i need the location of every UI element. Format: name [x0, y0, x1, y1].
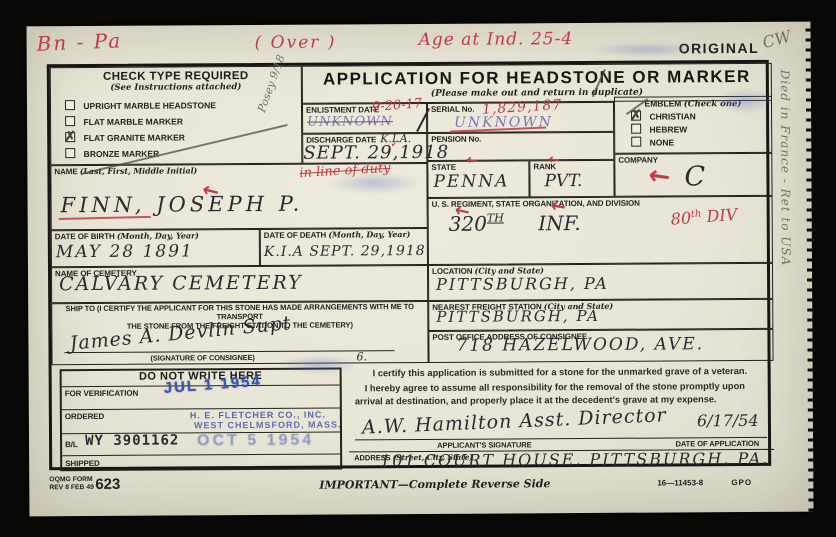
field-label: PENSION No.: [428, 133, 613, 145]
red-check: ✓: [390, 137, 399, 150]
margin-note-side: Died in France - Ret to USA: [779, 70, 792, 267]
fletcher-stamp-line2: WEST CHELMSFORD, MASS.: [194, 419, 342, 430]
division-label: DIV: [706, 205, 738, 226]
division-number: 80: [670, 208, 692, 228]
checkbox: [631, 137, 641, 147]
name-value: FINN, JOSEPH P.: [61, 194, 304, 216]
field-label: DATE OF BIRTH: [55, 232, 115, 241]
field-label: DATE OF DEATH: [264, 231, 326, 240]
checkbox: [65, 132, 75, 142]
regiment-ordinal: TH: [487, 211, 504, 224]
option-label: HEBREW: [649, 124, 687, 134]
birth-date-value: MAY 28 1891: [56, 243, 194, 261]
death-date-value: K.I.A SEPT. 29,1918: [264, 244, 426, 259]
footer-important-note: IMPORTANT—Complete Reverse Side: [319, 477, 550, 491]
form-number-line2: REV 8 FEB 49: [49, 484, 94, 492]
bl-date-stamp: OCT 5 1954: [197, 432, 314, 451]
margin-note-top-left: Bn - Pa: [36, 30, 122, 53]
po-address-value: 718 HAZELWOOD, AVE.: [456, 336, 704, 355]
scanned-document: Bn - Pa ( Over ) Age at Ind. 25-4 ORIGIN…: [27, 22, 814, 517]
field-label-paren: (Month, Day, Year): [328, 229, 410, 240]
address-value: 101 COURT HOUSE, PITTSBURGH, PA.: [380, 451, 769, 469]
consignee-suffix: 6.: [357, 351, 368, 362]
option-flat-marble-marker: FLAT MARBLE MARKER: [65, 115, 301, 127]
freight-value: PITTSBURGH, PA: [436, 309, 600, 325]
enlistment-value: 9-20-17: [372, 97, 423, 114]
certification-line2: I hereby agree to assume all responsibil…: [355, 380, 767, 408]
form-number: 623: [95, 476, 120, 493]
checkbox: [65, 100, 75, 110]
bl-number-value: WY 3901162: [85, 433, 179, 448]
margin-note-over: ( Over ): [255, 35, 337, 52]
option-label: NONE: [650, 137, 675, 147]
emblem-heading: EMBLEM: [645, 98, 682, 108]
field-label: NAME: [54, 167, 77, 176]
cemetery-value: CALVARY CEMETERY: [59, 274, 303, 294]
red-arrow: ←: [549, 195, 567, 218]
option-hebrew: HEBREW: [631, 123, 771, 135]
ink-smudge: [715, 88, 775, 114]
certification-line1: I certify this application is submitted …: [363, 366, 767, 378]
footer-gpo: GPO: [731, 478, 752, 487]
option-label: FLAT MARBLE MARKER: [83, 116, 183, 127]
checkbox: [65, 116, 75, 126]
checkbox: [631, 124, 641, 134]
margin-initials: CW: [761, 29, 793, 52]
row-label: B/L: [62, 437, 81, 450]
option-flat-granite-marker: FLAT GRANITE MARKER: [65, 131, 301, 143]
red-arrow: ←: [647, 160, 673, 193]
division-ordinal: th: [690, 208, 701, 220]
company-value: C: [684, 163, 705, 190]
field-label-paren: (Month, Day, Year): [117, 230, 199, 241]
enlistment-unknown-note: UNKNOWN: [307, 115, 393, 129]
option-none: NONE: [631, 136, 771, 148]
pension-no-field: PENSION No.: [427, 132, 614, 161]
check-type-heading: CHECK TYPE REQUIRED: [51, 67, 301, 84]
option-label: FLAT GRANITE MARKER: [84, 132, 185, 143]
checkbox: [631, 111, 641, 121]
location-value: PITTSBURGH, PA: [436, 276, 609, 293]
application-date-value: 6/17/54: [697, 413, 759, 429]
ink-smudge: [587, 42, 707, 57]
option-label: CHRISTIAN: [649, 111, 695, 121]
headstone-application-form: CHECK TYPE REQUIRED (See Instructions at…: [47, 60, 771, 470]
consignee-signature-label: (SIGNATURE OF CONSIGNEE): [148, 353, 258, 364]
margin-note-age: Age at Ind. 25-4: [419, 31, 574, 49]
discharge-date-value: SEPT. 29,1918: [303, 144, 449, 163]
form-number-line1: OQMG FORM: [49, 476, 94, 484]
row-label: SHIPPED: [62, 454, 340, 469]
option-label: UPRIGHT MARBLE HEADSTONE: [83, 100, 216, 111]
checkbox: [65, 148, 75, 158]
shipped-row: SHIPPED: [62, 453, 340, 473]
form-title: APPLICATION FOR HEADSTONE OR MARKER: [303, 64, 771, 90]
rank-value: PVT.: [544, 173, 582, 190]
footer-print-code: 16—11453-8: [657, 478, 703, 487]
ink-smudge: [279, 354, 359, 374]
state-value: PENNA: [433, 173, 509, 190]
